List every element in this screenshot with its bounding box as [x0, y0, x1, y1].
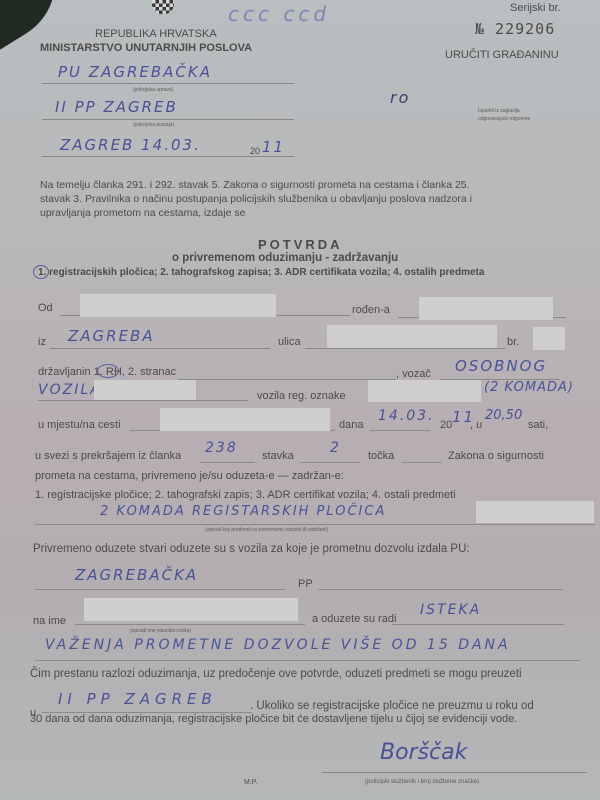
time-u-label: , u	[470, 419, 482, 431]
date-label: dana	[339, 419, 363, 431]
pickup-line-1: Čim prestanu razlozi oduzimanja, uz pred…	[30, 668, 522, 680]
iz-label: iz	[38, 336, 46, 348]
ministry-name: MINISTARSTVO UNUTARNJIH POSLOVA	[40, 42, 252, 54]
items-options: 1. registracijske pločice; 2. tahografsk…	[35, 489, 456, 501]
date-year-prefix: 20	[440, 419, 452, 431]
law-label: Zakona o sigurnosti	[448, 450, 544, 462]
pickup-line-2: . Ukoliko se registracijske pločice ne p…	[250, 700, 534, 712]
document-title: POTVRDA	[258, 237, 343, 252]
pu-value: ZAGREBAČKA	[75, 566, 198, 584]
serial-label: Serijski br.	[510, 2, 561, 14]
police-station-caption: (policijska postaja)	[133, 122, 174, 128]
stavka-label: stavka	[262, 450, 294, 462]
serial-number: № 229206	[475, 20, 555, 38]
date-value: 14.03.	[378, 408, 435, 424]
article-value: 238	[205, 440, 238, 456]
redacted-registration	[368, 380, 481, 402]
count-value: (2 KOMADA)	[484, 380, 574, 395]
pp-label: PP	[298, 578, 313, 590]
coat-of-arms-icon	[152, 0, 174, 14]
reg-label: vozila reg. oznake	[257, 390, 346, 402]
signature: Borščak	[380, 740, 467, 765]
offense-label: u svezi s prekršajem iz članka	[35, 450, 181, 462]
redacted-place	[160, 408, 330, 431]
police-admin-value: PU ZAGREBAČKA	[58, 63, 212, 81]
police-admin-caption: (policijska uprava)	[133, 87, 173, 93]
year-value: 11	[262, 138, 285, 156]
reason-label: a oduzete su radi	[312, 613, 396, 625]
document-options: 1. registracijskih pločica; 2. tahografs…	[38, 267, 484, 278]
place-label: u mjestu/na cesti	[38, 419, 121, 431]
deliver-to-label: URUČITI GRAĐANINU	[445, 49, 559, 61]
issued-label: Privremeno oduzete stvari oduzete su s v…	[33, 543, 470, 555]
items-caption: (upisati koji predmeti su privremeno odu…	[205, 527, 328, 533]
redacted-items	[476, 501, 594, 523]
reason-value-2: VAŽENJA PROMETNE DOZVOLE VIŠE OD 15 DANA	[45, 637, 511, 653]
driver-value: OSOBNOG	[455, 357, 547, 375]
items-value: 2 KOMADA REGISTARSKIH PLOČICA	[100, 504, 386, 519]
hours-label: sati,	[528, 419, 548, 431]
reason-value-1: ISTEKA	[420, 602, 481, 618]
time-value: 20,50	[485, 408, 522, 423]
redacted-owner	[84, 598, 298, 621]
year-prefix: 20	[250, 146, 260, 156]
top-scribble: ccc ccd	[228, 2, 330, 26]
signature-caption: (policijski službenik i broj službene zn…	[365, 779, 479, 785]
law-line-2: prometa na cestama, privremeno je/su odu…	[35, 470, 344, 482]
pickup-line-3: 30 dana od dana oduzimanja, registracijs…	[30, 713, 517, 725]
redacted-street	[327, 325, 497, 348]
born-label: rođen-a	[352, 304, 390, 316]
citizen-label: državljanin 1. RH, 2. stranac	[38, 366, 176, 378]
redacted-birth	[419, 297, 553, 320]
redacted-name	[80, 294, 276, 317]
intro-line-1: Na temelju članka 291. i 292. stavak 5. …	[40, 179, 470, 191]
intro-line-2: stavak 3. Pravilnika o načinu postupanja…	[40, 193, 472, 205]
pickup-value: II PP ZAGREB	[58, 690, 217, 708]
od-label: Od	[38, 302, 53, 314]
fill-note: Ispuniti iz zaglavlja odgovarajuće odgov…	[478, 107, 546, 123]
ulica-label: ulica	[278, 336, 301, 348]
place-date-value: ZAGREB 14.03.	[60, 136, 201, 154]
tocka-label: točka	[368, 450, 394, 462]
intro-line-3: upravljanja prometom na cestama, izdaje …	[40, 207, 245, 219]
driver-label: , vozač	[396, 368, 431, 380]
iz-value: ZAGREBA	[68, 327, 155, 345]
stamp-label: M.P.	[244, 779, 258, 786]
owner-caption: (upisati ime vlasnika vozila)	[130, 628, 191, 634]
stavka-value: 2	[330, 440, 341, 456]
police-station-value: II PP ZAGREB	[55, 98, 178, 116]
side-note: ro	[390, 88, 410, 107]
redacted-house-number	[533, 327, 565, 350]
vehicle-value: VOZILA	[38, 382, 102, 398]
br-label: br.	[507, 336, 519, 348]
country-name: REPUBLIKA HRVATSKA	[95, 28, 217, 40]
redacted-vehicle	[94, 380, 196, 400]
document-subtitle: o privremenom oduzimanju - zadržavanju	[172, 252, 398, 264]
owner-label: na ime	[33, 615, 66, 627]
